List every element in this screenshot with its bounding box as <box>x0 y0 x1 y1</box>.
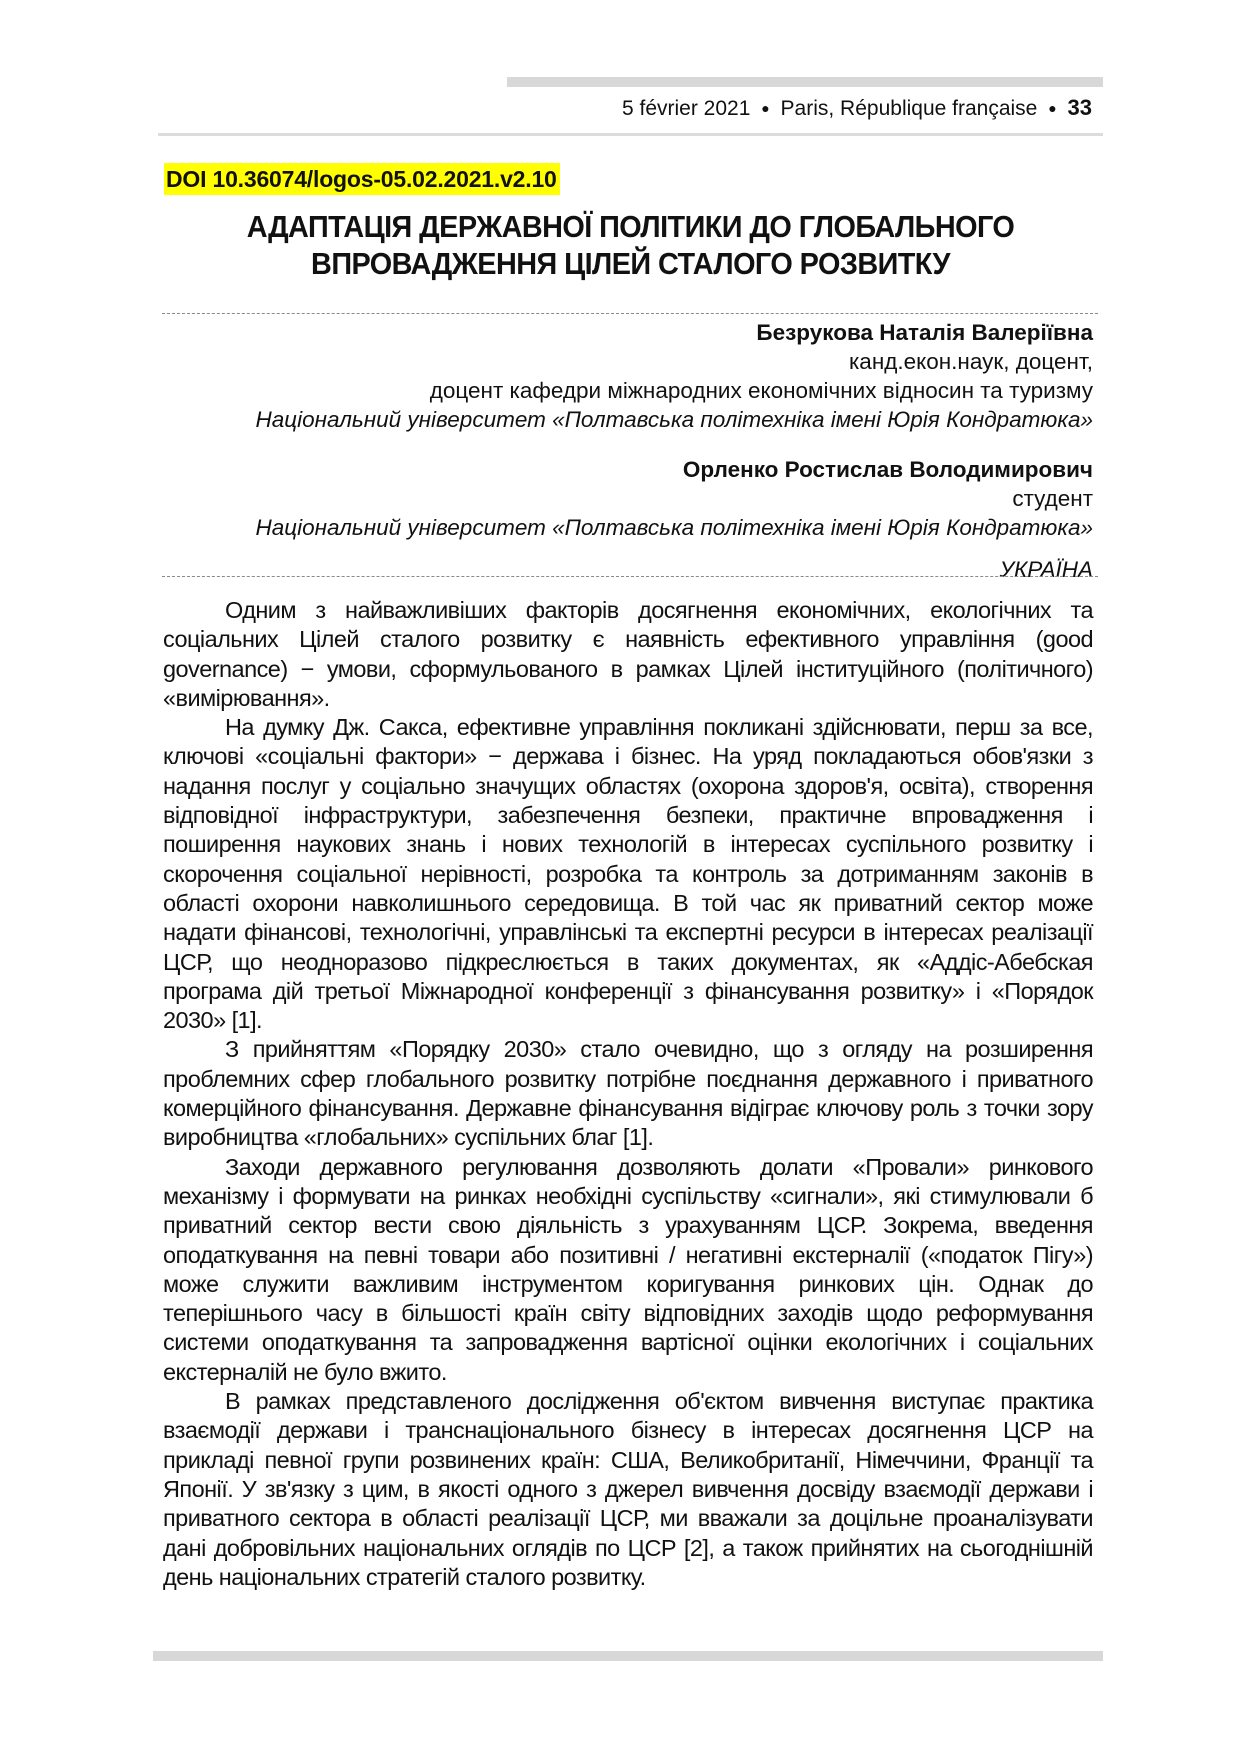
paragraph: Одним з найважливіших факторів досягненн… <box>163 596 1093 713</box>
footer-bar <box>153 1651 1103 1661</box>
author-1: Безрукова Наталія Валеріївна канд.екон.н… <box>158 318 1093 434</box>
article-body: Одним з найважливіших факторів досягненн… <box>163 596 1093 1592</box>
paper-title-line-2: ВПРОВАДЖЕННЯ ЦІЛЕЙ СТАЛОГО РОЗВИТКУ <box>191 245 1070 282</box>
author-affiliation: Національний університет «Полтавська пол… <box>158 513 1093 542</box>
paragraph: Заходи державного регулювання дозволяють… <box>163 1153 1093 1387</box>
author-degree: канд.екон.наук, доцент, <box>158 347 1093 376</box>
doi-label[interactable]: DOI 10.36074/logos-05.02.2021.v2.10 <box>164 163 560 195</box>
authors-bottom-divider <box>162 576 1098 577</box>
running-header: 5 février 2021 ● Paris, République franç… <box>500 95 1092 122</box>
author-position: доцент кафедри міжнародних економічних в… <box>158 376 1093 405</box>
author-name: Безрукова Наталія Валеріївна <box>158 318 1093 347</box>
bullet-separator-icon: ● <box>1048 100 1056 116</box>
author-name: Орленко Ростислав Володимирович <box>158 455 1093 484</box>
author-2: Орленко Ростислав Володимирович студент … <box>158 455 1093 542</box>
paper-title-line-1: АДАПТАЦІЯ ДЕРЖАВНОЇ ПОЛІТИКИ ДО ГЛОБАЛЬН… <box>191 208 1070 245</box>
page-number: 33 <box>1068 95 1092 120</box>
authors-top-divider <box>162 313 1098 314</box>
country-label: УКРАЇНА <box>158 555 1093 584</box>
bullet-separator-icon: ● <box>761 100 769 116</box>
conference-location: Paris, République française <box>781 97 1038 120</box>
paragraph: З прийняттям «Порядку 2030» стало очевид… <box>163 1035 1093 1152</box>
author-block: Безрукова Наталія Валеріївна канд.екон.н… <box>158 318 1093 584</box>
paragraph: На думку Дж. Сакса, ефективне управління… <box>163 713 1093 1035</box>
paragraph: В рамках представленого дослідження об'є… <box>163 1387 1093 1592</box>
author-position: студент <box>158 484 1093 513</box>
header-top-bar <box>507 77 1103 87</box>
paper-title: АДАПТАЦІЯ ДЕРЖАВНОЇ ПОЛІТИКИ ДО ГЛОБАЛЬН… <box>191 208 1070 282</box>
conference-date: 5 février 2021 <box>622 97 750 120</box>
author-affiliation: Національний університет «Полтавська пол… <box>158 405 1093 434</box>
header-divider <box>158 133 1103 136</box>
